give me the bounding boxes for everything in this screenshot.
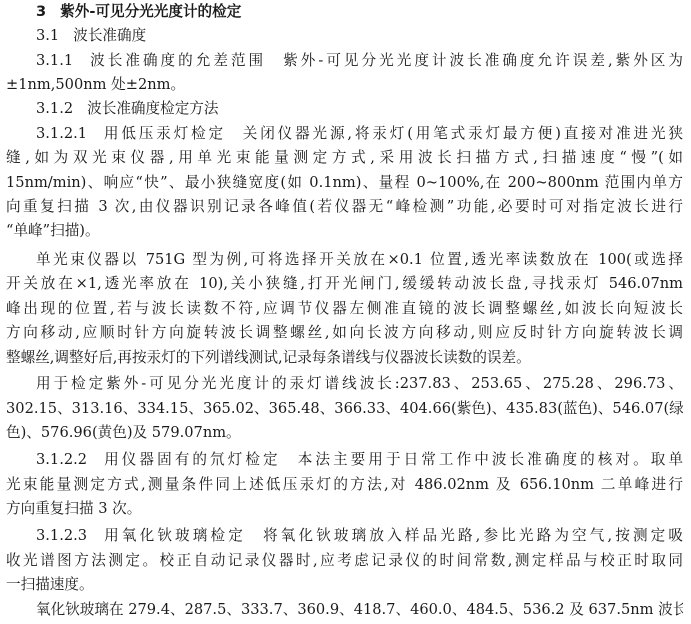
subsection-number: 3.1 [36,27,59,44]
clause-text: 将氧化钬玻璃放入样品光路,参比光路为空气,按测定吸 [260,527,683,544]
section-number: 3 [36,3,46,20]
paragraph-line: 色)、576.96(黄色)及 579.07nm。 [6,421,683,445]
paragraph-line: 单光束仪器以 751G 型为例,可将选择开关放在×0.1 位置,透光率读数放在 … [36,248,683,272]
subsection-heading-3-1: 3.1波长准确度 [36,24,683,48]
paragraph-line: “单峰”扫描)。 [6,219,683,243]
clause-heading-3-1-2: 3.1.2波长准确度检定方法 [36,97,683,121]
clause-text: 关闭仪器光源,将汞灯(用笔式汞灯最方便)直接对准进光狭 [240,125,683,142]
subsection-title: 波长准确度 [73,27,146,44]
clause-title: 波长准确度检定方法 [87,100,218,117]
clause-3-1-2-3-line-1: 3.1.2.3用氧化钬玻璃检定将氧化钬玻璃放入样品光路,参比光路为空气,按测定吸 [36,524,683,548]
clause-text: 紫外-可见分光光度计波长准确度允许误差,紫外区为 [280,52,683,69]
clause-3-1-2-1-line-1: 3.1.2.1用低压汞灯检定关闭仪器光源,将汞灯(用笔式汞灯最方便)直接对准进光… [36,122,683,146]
clause-number: 3.1.2 [36,100,73,117]
paragraph-line: 方向移动,应顺时针方向旋转波长调整螺丝,如向长波方向移动,则应反时针方向旋转波长… [6,321,683,345]
paragraph-line: 光束能量测定方式,测量条件同上述低压汞灯的方法,对 486.02nm 及 656… [6,473,683,497]
paragraph-line: 氧化钬玻璃在 279.4、287.5、333.7、360.9、418.7、460… [36,598,683,622]
paragraph-line: 缝,如为双光束仪器,用单光束能量测定方式,采用波长扫描方式,扫描速度“慢”(如 [6,146,683,170]
paragraph-line: 15nm/min)、响应“快”、最小狭缝宽度(如 0.1nm)、量程 0~100… [6,171,683,195]
document-page: 3紫外-可见分光光度计的检定 3.1波长准确度 3.1.1波长准确度的允差范围紫… [0,0,691,624]
clause-3-1-1-line-1: 3.1.1波长准确度的允差范围紫外-可见分光光度计波长准确度允许误差,紫外区为 [36,49,683,73]
clause-title: 波长准确度的允差范围 [87,52,266,69]
section-heading-3: 3紫外-可见分光光度计的检定 [36,0,683,24]
clause-title: 用氧化钬玻璃检定 [101,527,246,544]
paragraph-line: 收光谱图方法测定。校正自动记录仪器时,应考虑记录仪的时间常数,测定样品与校正时取… [6,549,683,573]
paragraph-line: 用于检定紫外-可见分光光度计的汞灯谱线波长:237.83、253.65、275.… [36,372,683,396]
paragraph-line: 一扫描速度。 [6,573,683,597]
clause-3-1-1-line-2: ±1nm,500nm 处±2nm。 [6,73,683,97]
clause-number: 3.1.2.1 [36,125,87,142]
paragraph-line: 开关放在×1,透光率放在 10),关小狭缝,打开光闸门,缓缓转动波长盘,寻找汞灯… [6,272,683,296]
paragraph-line: 向重复扫描 3 次,由仪器识别记录各峰值(若仪器无“峰检测”功能,必要时可对指定… [6,195,683,219]
clause-3-1-2-2-line-1: 3.1.2.2用仪器固有的氘灯检定本法主要用于日常工作中波长准确度的核对。取单 [36,448,683,472]
paragraph-line: 方向重复扫描 3 次。 [6,497,683,521]
paragraph-line: 整螺丝,调整好后,再按汞灯的下列谱线测试,记录每条谱线与仪器波长读数的误差。 [6,346,683,370]
clause-number: 3.1.2.2 [36,451,87,468]
paragraph-line: 302.15、313.16、334.15、365.02、365.48、366.3… [6,397,683,421]
paragraph-line: 峰出现的位置,若与波长读数不符,应调节仪器左侧准直镜的波长调整螺丝,如波长向短波… [6,297,683,321]
clause-title: 用低压汞灯检定 [101,125,226,142]
clause-text: 本法主要用于日常工作中波长准确度的核对。取单 [295,451,683,468]
clause-number: 3.1.2.3 [36,527,87,544]
section-title: 紫外-可见分光光度计的检定 [60,3,241,20]
clause-number: 3.1.1 [36,52,73,69]
clause-title: 用仪器固有的氘灯检定 [101,451,281,468]
